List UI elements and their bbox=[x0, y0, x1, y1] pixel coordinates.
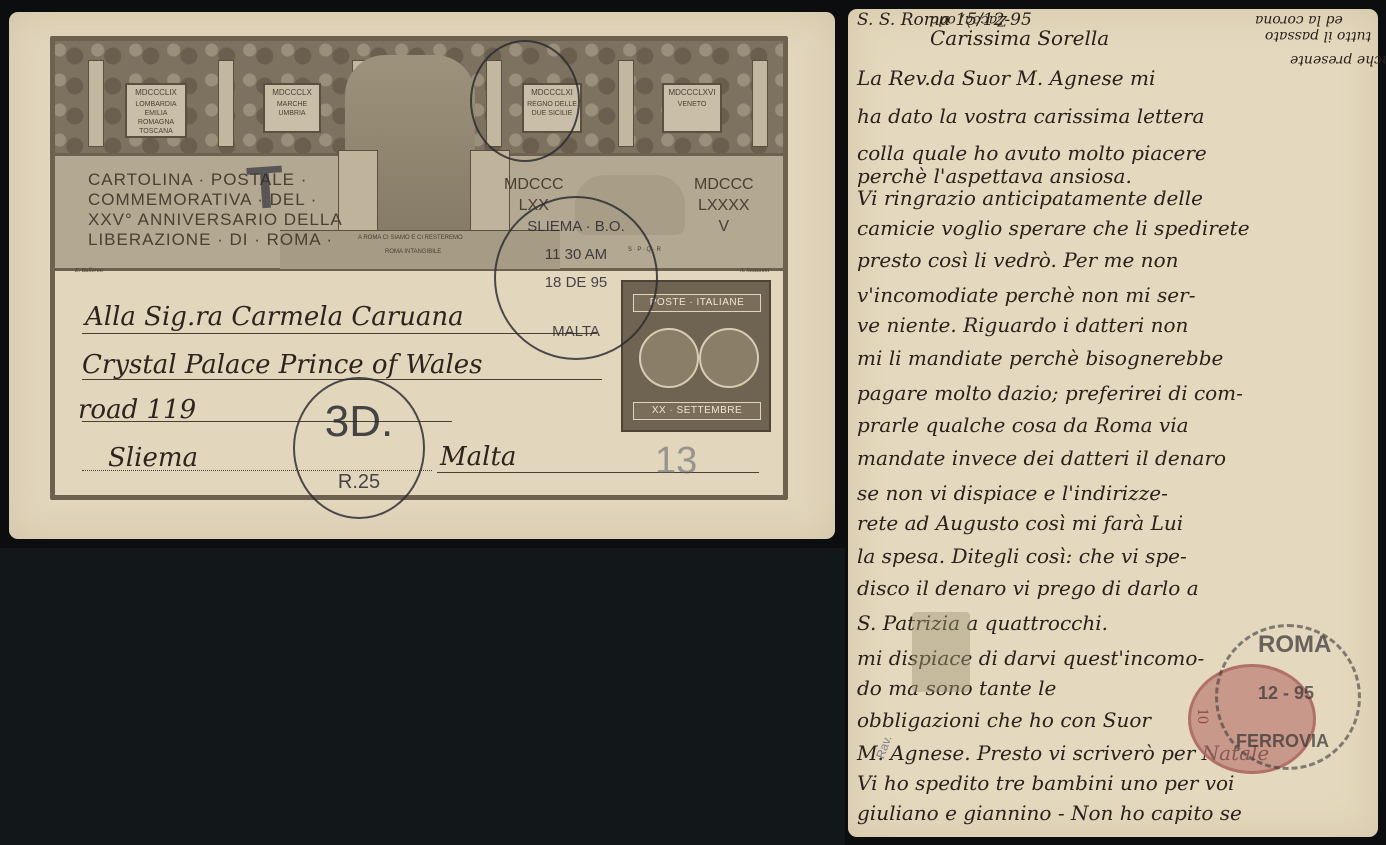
letter-line: rete ad Augusto così mi farà Lui bbox=[857, 511, 1183, 535]
address-recipient: Alla Sig.ra Carmela Caruana bbox=[85, 302, 464, 332]
letter-line: Carissima Sorella bbox=[930, 26, 1109, 50]
letter-line: camicie voglio sperare che li spedirete bbox=[857, 216, 1250, 240]
letter-line: S. Patrizia a quattrocchi. bbox=[857, 611, 1108, 635]
ornament-column bbox=[218, 60, 234, 147]
tax-T-handstamp: T bbox=[245, 152, 286, 223]
letter-line: mandate invece dei datteri il denaro bbox=[857, 446, 1226, 470]
letter-line: ve niente. Riguardo i datteri non bbox=[857, 313, 1188, 337]
letter-line: ha dato la vostra carissima lettera bbox=[857, 104, 1204, 128]
letter-line: pagare molto dazio; preferirei di com- bbox=[857, 381, 1243, 405]
letter-line: Vi ho spedito tre bambini uno per voi bbox=[857, 771, 1234, 795]
letter-line: v'incomodiate perchè non mi ser- bbox=[857, 283, 1195, 307]
letter-line: colla quale ho avuto molto piacere bbox=[857, 141, 1207, 165]
postmark-sliema: SLIEMA · B.O. 11 30 AM 18 DE 95 MALTA bbox=[494, 196, 658, 360]
tax-handstamp: 3D. R.25 bbox=[293, 377, 425, 519]
artist-signature: A. Sezzanini bbox=[740, 268, 769, 274]
ornament-column bbox=[88, 60, 104, 147]
letter-line: disco il denaro vi prego di darlo a bbox=[857, 576, 1199, 600]
motto-line-1: A ROMA CI SIAMO E CI RESTEREMO bbox=[358, 235, 463, 241]
portrait-medallion bbox=[699, 328, 759, 388]
ornament-column bbox=[618, 60, 634, 147]
roman-year-1895: MDCCC LXXXX V bbox=[694, 174, 754, 237]
ornament-column bbox=[752, 60, 768, 147]
plaque-1859: MDCCCLIX LOMBARDIA EMILIA ROMAGNA TOSCAN… bbox=[125, 83, 187, 138]
letter-line: mi dispiace di darvi quest'incomo- bbox=[857, 646, 1204, 670]
letter-line: giuliano e giannino - Non ho capito se bbox=[857, 801, 1242, 825]
letter-line: prarle qualche cosa da Roma via bbox=[857, 413, 1189, 437]
letter-line: Vi ringrazio anticipatamente delle bbox=[857, 186, 1203, 210]
address-city: Sliema bbox=[108, 443, 198, 473]
letter-line: presto così li vedrò. Per me non bbox=[857, 248, 1178, 272]
letter-line: se non vi dispiace e l'indirizze- bbox=[857, 481, 1168, 505]
letter-line: perchè l'aspettava ansiosa. bbox=[857, 164, 1132, 188]
upside-down-note: tutto il passato bbox=[1265, 28, 1371, 44]
postmark-roma: ROMA 12 - 95 FERROVIA bbox=[1215, 624, 1361, 770]
background-panel bbox=[0, 548, 845, 845]
letter-line: obbligazioni che ho con Suor bbox=[857, 708, 1151, 732]
pencil-number: 13 bbox=[655, 440, 697, 483]
letter-line: La Rev.da Suor M. Agnese mi bbox=[857, 66, 1155, 90]
plaque-1866: MDCCCLXVI VENETO bbox=[662, 83, 722, 133]
upside-down-note: ed la corona bbox=[1255, 12, 1343, 28]
artist-signature: E. Ballerini bbox=[75, 268, 103, 274]
hinge-remnant bbox=[912, 612, 970, 692]
pedestal bbox=[338, 150, 378, 237]
postmark-top bbox=[470, 40, 580, 162]
motto-line-2: ROMA INTANGIBILE bbox=[385, 249, 441, 255]
letter-line: la spesa. Ditegli così: che vi spe- bbox=[857, 544, 1187, 568]
address-street: Crystal Palace Prince of Wales bbox=[82, 350, 483, 380]
address-rule bbox=[437, 472, 759, 473]
plaque-1860: MDCCCLX MARCHE UMBRIA bbox=[263, 83, 321, 133]
letter-line: mi li mandiate perchè bisognerebbe bbox=[857, 346, 1223, 370]
address-country: Malta bbox=[440, 442, 516, 472]
upside-down-note: anche presente bbox=[1290, 52, 1386, 68]
card-title: CARTOLINA · POSTALE · COMMEMORATIVA · DE… bbox=[88, 170, 343, 250]
